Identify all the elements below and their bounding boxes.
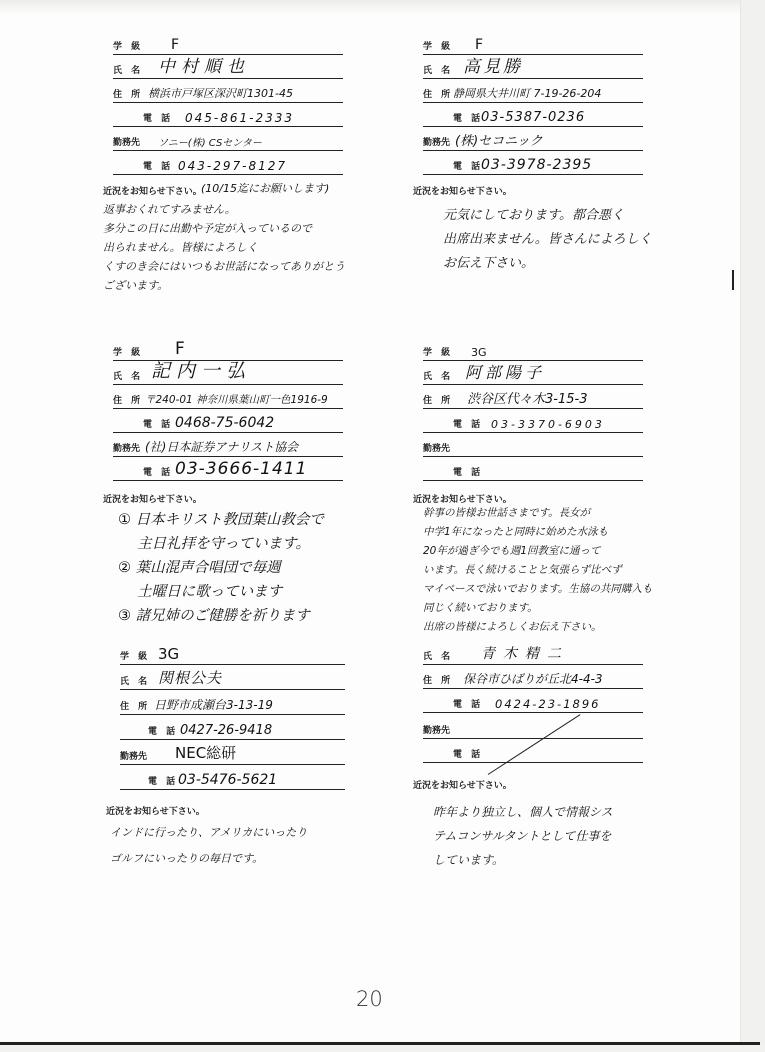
workplace-label: 勤務先: [113, 135, 140, 148]
name-label: 氏 名: [120, 674, 150, 687]
address-row: 住 所 渋谷区代々木3-15-3: [423, 388, 643, 409]
class-label: 学 級: [113, 39, 143, 52]
workplace-row: 勤務先 NEC総研: [120, 744, 345, 765]
name-label: 氏 名: [423, 649, 453, 662]
workplace-row: 勤務先: [423, 436, 643, 457]
workplace-label: 勤務先: [113, 441, 140, 454]
workplace-value: (株)セコニック: [455, 130, 543, 149]
work-phone-label: 電 話: [453, 465, 483, 478]
phone-row: 電 話 03-5387-0236: [423, 106, 643, 127]
class-label: 学 級: [120, 649, 150, 662]
phone-value: 03-3370-6903: [491, 418, 605, 431]
work-phone-row: 電 話 043-297-8127: [113, 154, 343, 175]
workplace-label: 勤務先: [423, 441, 450, 454]
entry-5: 学 級 3G 氏 名 関根公夫 住 所 日野市成瀬台3-13-19 電 話 04…: [120, 644, 345, 884]
name-label: 氏 名: [113, 369, 143, 382]
name-value: 中村順也: [158, 52, 250, 77]
address-label: 住 所: [120, 699, 150, 712]
work-phone-label: 電 話: [143, 465, 173, 478]
entry-6: 氏 名 青木精二 住 所 保谷市ひばりが丘北4-4-3 電 話 0424-23-…: [423, 644, 643, 884]
phone-row: 電 話 03-3370-6903: [423, 412, 643, 433]
address-label: 住 所: [113, 393, 143, 406]
class-label: 学 級: [113, 345, 143, 358]
address-row: 住 所 横浜市戸塚区深沢町1301-45: [113, 82, 343, 103]
page-top-edge: [0, 0, 765, 14]
work-phone-value: 03-3978-2395: [481, 157, 592, 173]
phone-label: 電 話: [453, 697, 483, 710]
workplace-label: 勤務先: [423, 135, 450, 148]
class-value: 3G: [471, 346, 487, 359]
name-label: 氏 名: [113, 63, 143, 76]
work-phone-row: 電 話 03-3978-2395: [423, 154, 643, 175]
work-phone-row: 電 話: [423, 460, 643, 481]
address-row: 住 所 日野市成瀬台3-13-19: [120, 694, 345, 715]
workplace-row: 勤務先 (社)日本証券アナリスト協会: [113, 436, 343, 457]
phone-label: 電 話: [143, 111, 173, 124]
name-label: 氏 名: [423, 369, 453, 382]
name-value: 青木精二: [481, 643, 569, 663]
class-value: F: [171, 37, 179, 53]
workplace-row: 勤務先 ソニー(株) CSセンター: [113, 130, 343, 151]
class-row: 学 級 3G: [423, 340, 643, 361]
class-value: F: [475, 37, 483, 53]
news-prompt: 近況をお知らせ下さい。: [413, 778, 512, 791]
address-row: 住 所 〒240-01 神奈川県葉山町一色1916-9: [113, 388, 343, 409]
phone-row: 電 話 045-861-2333: [113, 106, 343, 127]
name-value: 記内一弘: [151, 356, 251, 383]
phone-label: 電 話: [143, 417, 173, 430]
phone-row: 電 話 0424-23-1896: [423, 692, 643, 713]
entry-1: 学 級 F 氏 名 中村順也 住 所 横浜市戸塚区深沢町1301-45 電 話 …: [113, 34, 343, 304]
address-value: 〒240-01 神奈川県葉山町一色1916-9: [145, 392, 328, 407]
news-text: 元気にしております。都合悪く 出席出来ません。皆さんによろしく お伝え下さい。: [443, 204, 703, 276]
class-row: 学 級 F: [423, 34, 643, 55]
page-number: 20: [356, 987, 383, 1011]
work-phone-value: 03-5476-5621: [178, 772, 277, 788]
address-value: 渋谷区代々木3-15-3: [467, 388, 587, 407]
address-label: 住 所: [423, 673, 453, 686]
work-phone-label: 電 話: [143, 159, 173, 172]
page-bottom-edge: [0, 1045, 765, 1052]
address-label: 住 所: [423, 87, 453, 100]
work-phone-row: 電 話 03-3666-1411: [113, 460, 343, 481]
news-prompt: 近況をお知らせ下さい。: [103, 184, 202, 197]
phone-value: 045-861-2333: [185, 111, 294, 125]
name-row: 氏 名 青木精二: [423, 644, 643, 665]
phone-value: 0468-75-6042: [175, 415, 274, 431]
news-prompt: 近況をお知らせ下さい。: [413, 184, 512, 197]
stray-pen-mark: [732, 270, 734, 290]
workplace-row: 勤務先: [423, 718, 643, 739]
work-phone-label: 電 話: [148, 774, 178, 787]
class-label: 学 級: [423, 39, 453, 52]
news-text: 昨年より独立し、個人で情報シス テムコンサルタントとして仕事を しています。: [433, 800, 693, 872]
work-phone-label: 電 話: [453, 747, 483, 760]
name-row: 氏 名 関根公夫: [120, 669, 345, 690]
address-row: 住 所 保谷市ひばりが丘北4-4-3: [423, 668, 643, 689]
phone-label: 電 話: [148, 724, 178, 737]
news-text: 幹事の皆様お世話さまです。長女が 中学1年になったと同時に始めた水泳も 20年が…: [423, 504, 713, 637]
phone-value: 0427-26-9418: [180, 723, 272, 738]
phone-value: 03-5387-0236: [481, 110, 585, 125]
name-row: 氏 名 中村順也: [113, 58, 343, 79]
work-phone-label: 電 話: [453, 159, 483, 172]
address-label: 住 所: [113, 87, 143, 100]
entry-2: 学 級 F 氏 名 高見勝 住 所 静岡県大井川町 7-19-26-204 電 …: [423, 34, 643, 304]
name-label: 氏 名: [423, 63, 453, 76]
address-value: 保谷市ひばりが丘北4-4-3: [463, 670, 603, 687]
workplace-label: 勤務先: [120, 749, 147, 762]
workplace-value: ソニー(株) CSセンター: [158, 134, 262, 149]
name-row: 氏 名 阿部陽子: [423, 364, 643, 385]
address-value: 静岡県大井川町 7-19-26-204: [453, 85, 601, 101]
name-row: 氏 名 記内一弘: [113, 364, 343, 385]
news-text: ① 日本キリスト教団葉山教会で 主日礼拝を守っています。 ② 葉山混声合唱団で毎…: [118, 508, 398, 628]
name-value: 高見勝: [463, 52, 523, 77]
work-phone-value: 03-3666-1411: [175, 459, 307, 479]
entry-3: 学 級 F 氏 名 記内一弘 住 所 〒240-01 神奈川県葉山町一色1916…: [113, 340, 343, 640]
news-text: 返事おくれてすみません。 多分この日に出勤や予定が入っているので 出られません。…: [103, 200, 393, 295]
address-value: 日野市成瀬台3-13-19: [154, 696, 273, 713]
news-prompt-note: (10/15迄にお願いします): [201, 180, 329, 196]
phone-label: 電 話: [453, 417, 483, 430]
workplace-label: 勤務先: [423, 723, 450, 736]
address-row: 住 所 静岡県大井川町 7-19-26-204: [423, 82, 643, 103]
phone-row: 電 話 0427-26-9418: [120, 719, 345, 740]
page-right-edge: [740, 0, 765, 1052]
news-prompt: 近況をお知らせ下さい。: [106, 804, 205, 817]
phone-value: 0424-23-1896: [495, 697, 600, 711]
name-value: 阿部陽子: [465, 360, 545, 383]
work-phone-value: 043-297-8127: [178, 159, 287, 173]
workplace-row: 勤務先 (株)セコニック: [423, 130, 643, 151]
class-row: 学 級 3G: [120, 644, 345, 665]
name-row: 氏 名 高見勝: [423, 58, 643, 79]
name-value: 関根公夫: [158, 667, 222, 688]
phone-label: 電 話: [453, 111, 483, 124]
class-value: 3G: [158, 645, 179, 663]
class-label: 学 級: [423, 345, 453, 358]
workplace-value: NEC総研: [175, 742, 236, 763]
entry-4: 学 級 3G 氏 名 阿部陽子 住 所 渋谷区代々木3-15-3 電 話 03-…: [423, 340, 643, 640]
address-value: 横浜市戸塚区深沢町1301-45: [148, 85, 293, 101]
work-phone-row: 電 話 03-5476-5621: [120, 769, 345, 790]
news-prompt: 近況をお知らせ下さい。: [103, 492, 202, 505]
phone-row: 電 話 0468-75-6042: [113, 412, 343, 433]
news-text: インドに行ったり、アメリカにいったり ゴルフにいったりの毎日です。: [110, 820, 390, 872]
address-label: 住 所: [423, 393, 453, 406]
workplace-value: (社)日本証券アナリスト協会: [145, 438, 298, 455]
